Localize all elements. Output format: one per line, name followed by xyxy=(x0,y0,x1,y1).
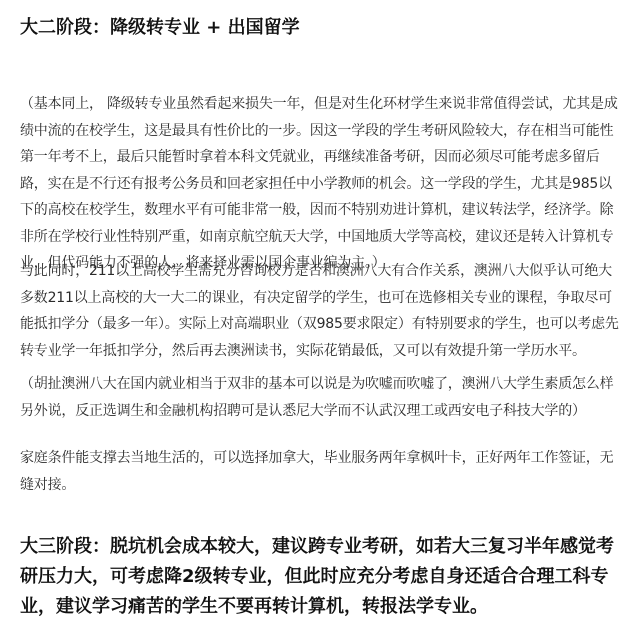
section-heading-sophomore: 大二阶段：降级转专业 + 出国留学 xyxy=(20,13,620,43)
paragraph-canada-option: 家庭条件能支撑去当地生活的，可以选择加拿大，毕业服务两年拿枫叶卡，正好两年工作签… xyxy=(20,445,625,498)
section-heading-junior: 大三阶段：脱坑机会成本较大，建议跨专业考研，如若大三复习半年感觉考研压力大，可考… xyxy=(20,532,620,622)
paragraph-australia-study: 与此同时，211以上高校学生需充分咨询校方是否和澳洲八大有合作关系，澳洲八大似乎… xyxy=(20,258,625,364)
paragraph-sophomore-advice: （基本同上， 降级转专业虽然看起来损失一年，但是对生化环材学生来说非常值得尝试，… xyxy=(20,91,625,277)
paragraph-australia-note: （胡扯澳洲八大在国内就业相当于双非的基本可以说是为吹嘘而吹嘘了，澳洲八大学生素质… xyxy=(20,371,625,424)
article-page: 大二阶段：降级转专业 + 出国留学 （基本同上， 降级转专业虽然看起来损失一年，… xyxy=(0,0,633,622)
